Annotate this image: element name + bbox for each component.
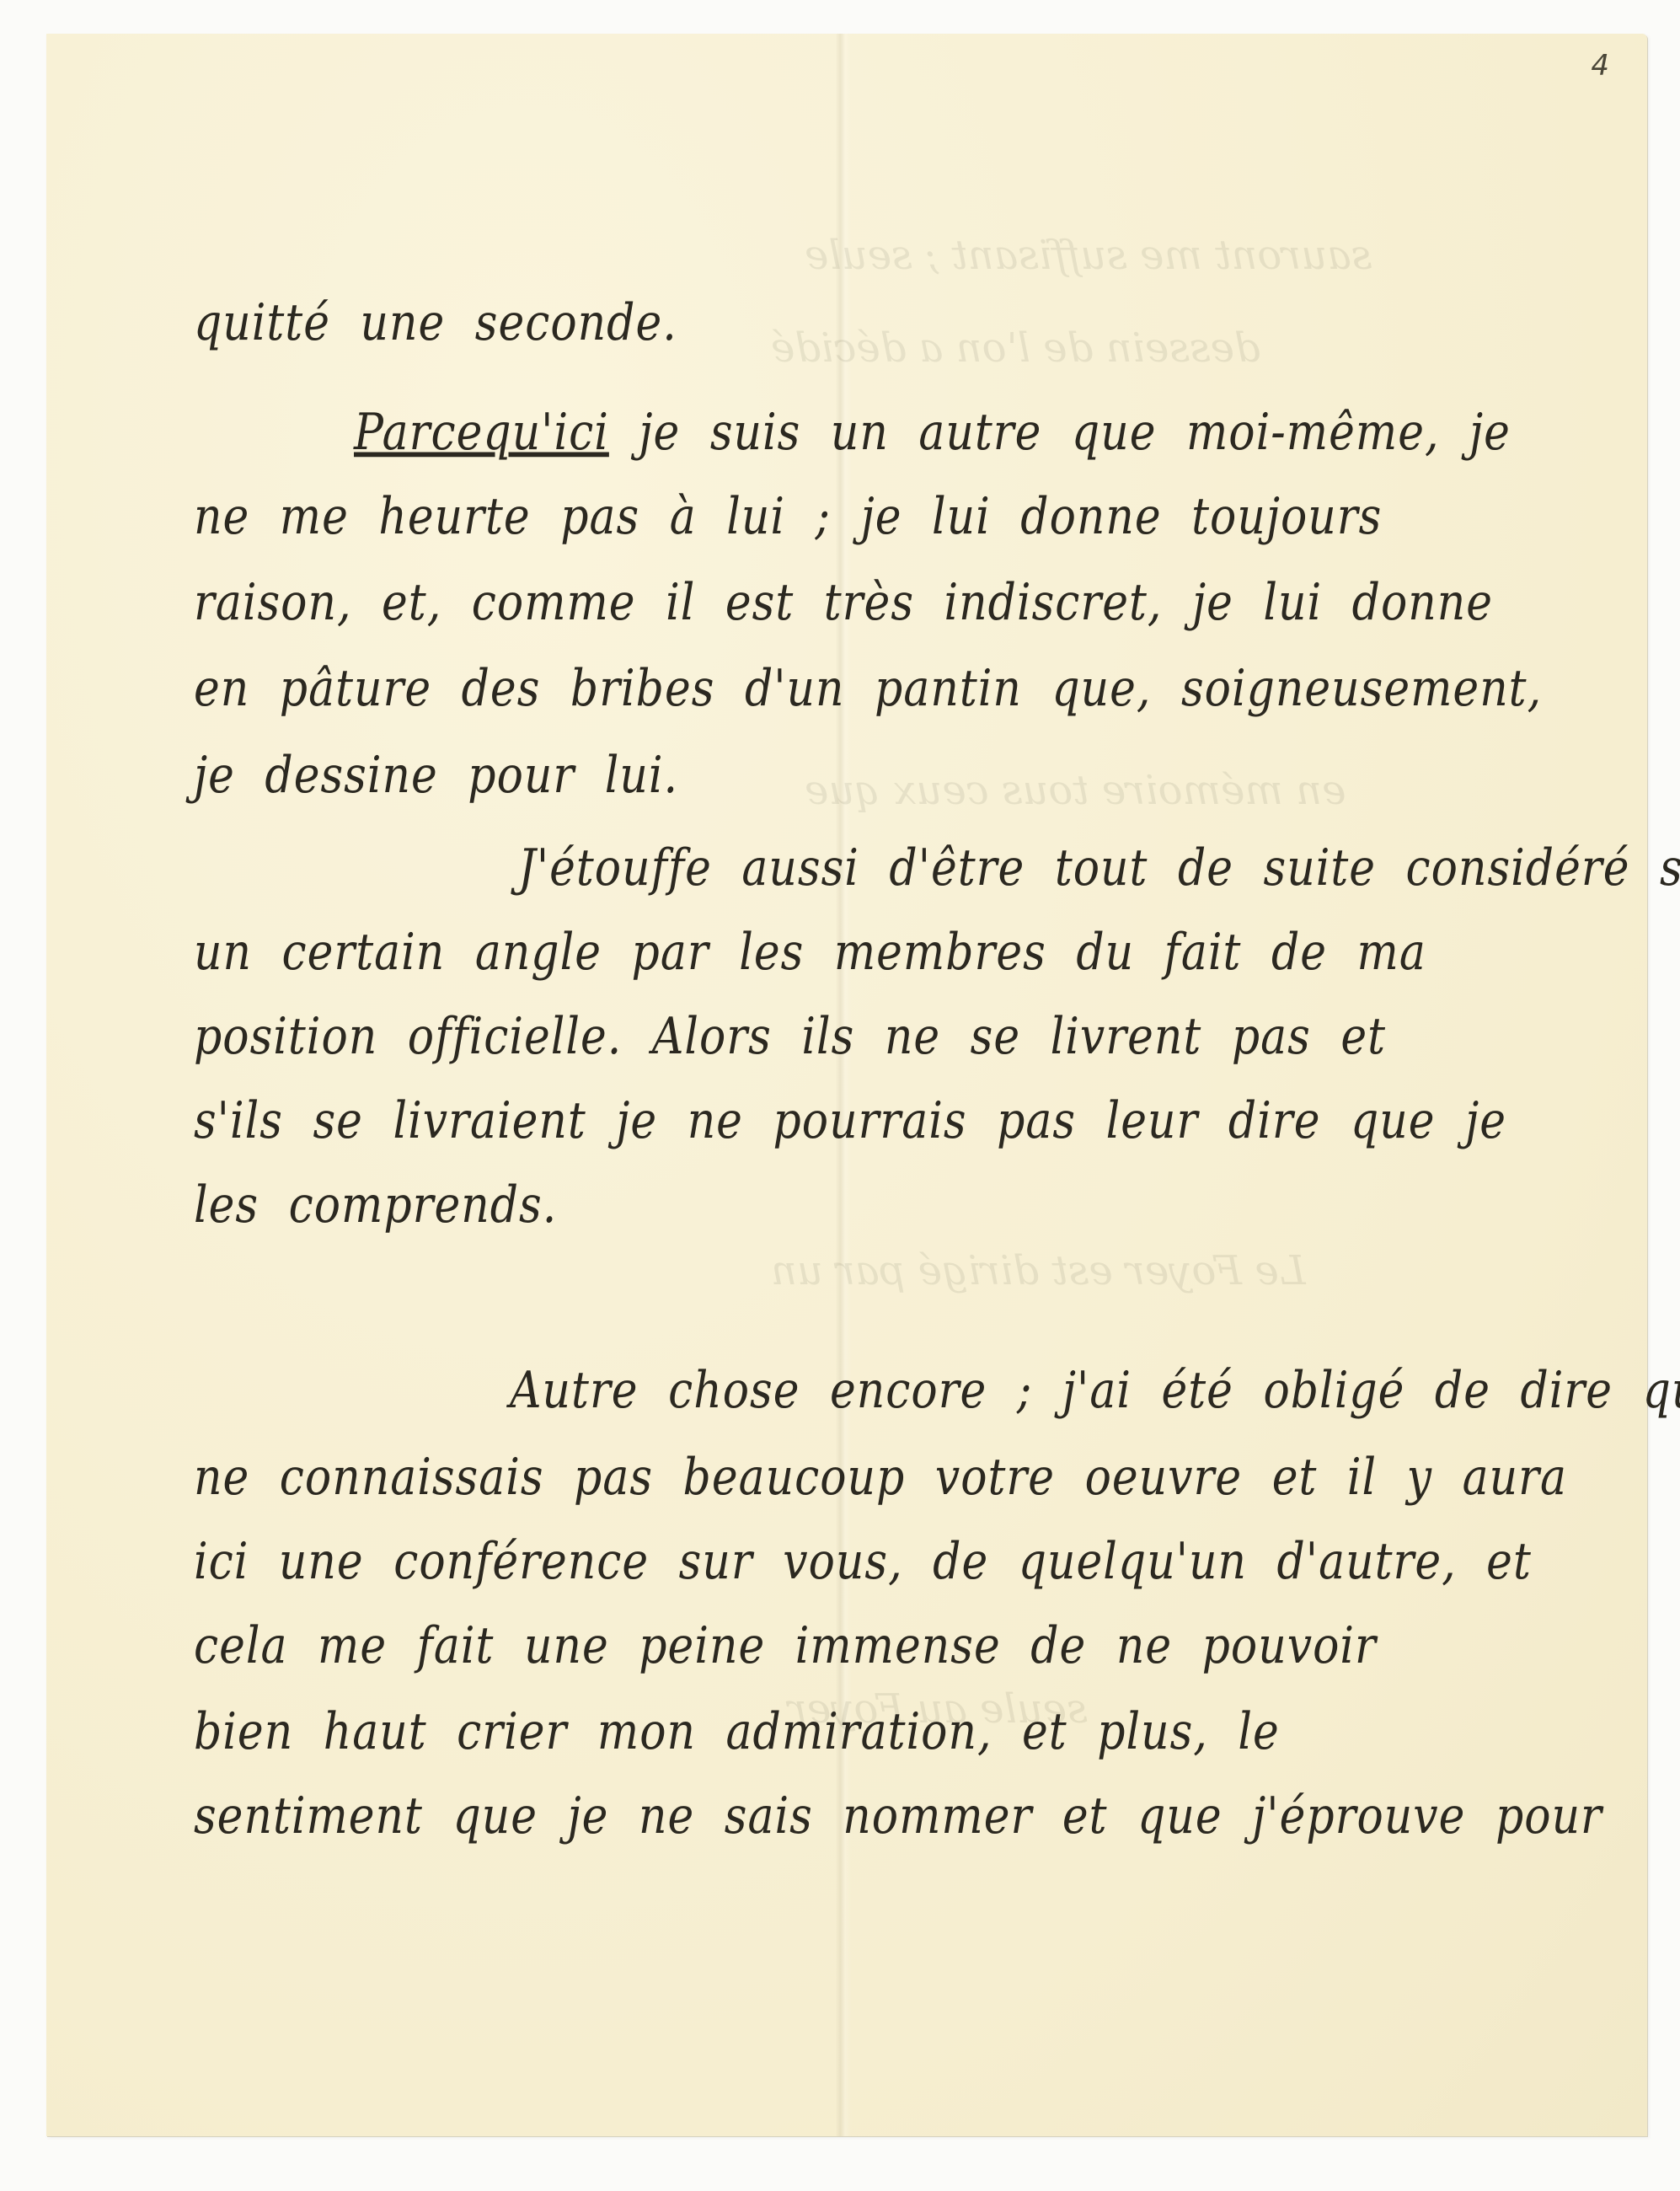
letter-line: les comprends. — [194, 1176, 557, 1235]
letter-line: ne me heurte pas à lui ; je lui donne to… — [194, 488, 1382, 546]
letter-page: 4 sauront me suffisant ; seule dessein d… — [46, 34, 1647, 2136]
letter-line: raison, et, comme il est très indiscret,… — [194, 574, 1493, 632]
letter-line: je dessine pour lui. — [194, 747, 678, 805]
letter-line: sentiment que je ne sais nommer et que j… — [194, 1787, 1602, 1845]
letter-line: Autre chose encore ; j'ai été obligé de … — [510, 1362, 1680, 1420]
line-continuation: je suis un autre que moi-même, je — [609, 404, 1511, 462]
bleed-through-text: sauront me suffisant ; seule — [805, 232, 1372, 279]
letter-line: ne connaissais pas beaucoup votre oeuvre… — [194, 1449, 1567, 1507]
letter-line: J'étouffe aussi d'être tout de suite con… — [518, 839, 1680, 897]
letter-line: un certain angle par les membres du fait… — [194, 924, 1426, 982]
bleed-through-text: en mémoire tous ceux que — [805, 767, 1346, 814]
bleed-through-text: Le Foyer est dirigé par un — [771, 1247, 1306, 1294]
underlined-word: Parcequ'ici — [354, 404, 609, 462]
letter-line: Parcequ'ici je suis un autre que moi-mêm… — [354, 404, 1511, 462]
letter-line: position officielle. Alors ils ne se liv… — [194, 1008, 1386, 1066]
page-number: 4 — [1591, 49, 1609, 83]
bleed-through-text: dessein de l'on a décidé — [771, 324, 1260, 372]
letter-line: en pâture des bribes d'un pantin que, so… — [194, 660, 1542, 718]
letter-line: s'ils se livraient je ne pourrais pas le… — [194, 1092, 1506, 1150]
letter-line: cela me fait une peine immense de ne pou… — [194, 1617, 1377, 1675]
letter-line: quitté une seconde. — [194, 294, 677, 352]
letter-line: bien haut crier mon admiration, et plus,… — [194, 1703, 1280, 1761]
letter-line: ici une conférence sur vous, de quelqu'u… — [194, 1533, 1532, 1591]
